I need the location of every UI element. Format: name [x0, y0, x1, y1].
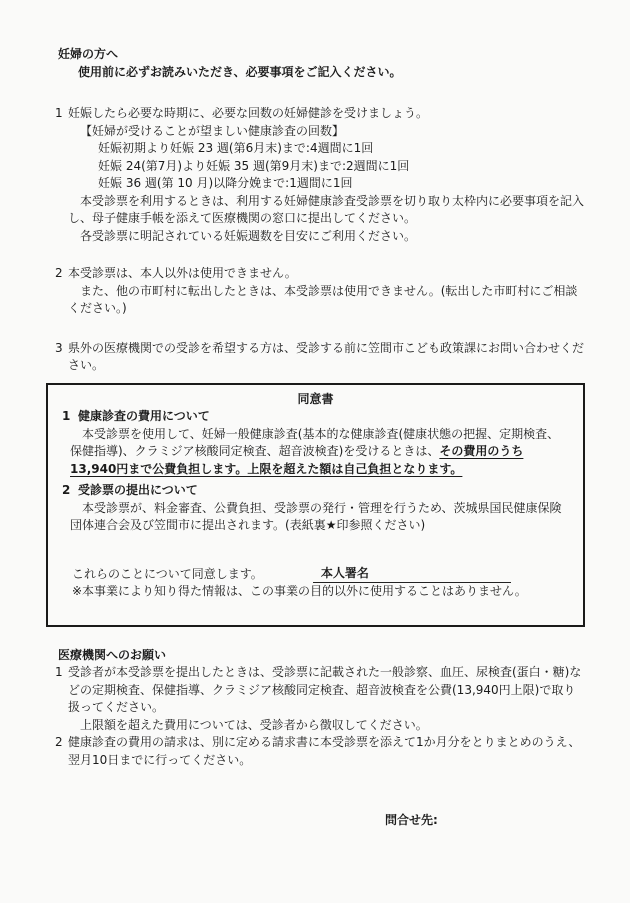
signature-line[interactable]: 本人署名 [313, 565, 511, 584]
medical-item-2: 2 健康診査の費用の請求は、別に定める請求書に本受診票を添えて1か月分をとりまと… [48, 734, 586, 769]
section-3: 3 県外の医療機関での受診を希望する方は、受診する前に笠間市こども政策課にお問い… [48, 340, 586, 375]
section-2: 2 本受診票は、本人以外は使用できません。 また、他の市町村に転出したときは、本… [48, 265, 586, 318]
medical-item-2-body-wrap: 健康診査の費用の請求は、別に定める請求書に本受診票を添えて1か月分をとりまとめの… [68, 734, 586, 769]
section-1: 1 妊娠したら必要な時期に、必要な回数の妊婦健診を受けましょう。 【妊婦が受ける… [48, 105, 586, 245]
medical-item-1-body-wrap: 受診者が本受診票を提出したときは、受診票に記載された一般診察、血圧、尿検査(蛋白… [68, 664, 586, 734]
section-2-line-1: 本受診票は、本人以外は使用できません。 [68, 265, 586, 283]
schedule-line-3: 妊娠 36 週(第 10 月)以降分娩まで:1週間に1回 [98, 175, 586, 193]
section-1-paragraph-2: 各受診票に明記されている妊娠週数を目安にご利用ください。 [68, 228, 586, 246]
document-page: 妊婦の方へ 使用前に必ずお読みいただき、必要事項をご記入ください。 1 妊娠した… [0, 0, 630, 903]
section-1-number: 1 [48, 105, 68, 123]
schedule-line-1: 妊娠初期より妊娠 23 週(第6月末)まで:4週間に1回 [98, 140, 586, 158]
section-2-body: 本受診票は、本人以外は使用できません。 また、他の市町村に転出したときは、本受診… [68, 265, 586, 318]
section-1-paragraph-1: 本受診票を利用するときは、利用する妊婦健康診査受診票を切り取り太枠内に必要事項を… [68, 193, 586, 228]
medical-item-1: 1 受診者が本受診票を提出したときは、受診票に記載された一般診察、血圧、尿検査(… [48, 664, 586, 734]
medical-item-2-body: 健康診査の費用の請求は、別に定める請求書に本受診票を添えて1か月分をとりまとめの… [68, 734, 586, 769]
section-1-body: 妊娠したら必要な時期に、必要な回数の妊婦健診を受けましょう。 【妊婦が受けること… [68, 105, 586, 245]
section-2-line-2: また、他の市町村に転出したときは、本受診票は使用できません。(転出した市町村にご… [68, 283, 586, 318]
schedule-line-2: 妊娠 24(第7月)より妊娠 35 週(第9月末)まで:2週間に1回 [98, 158, 586, 176]
section-3-text: 県外の医療機関での受診を希望する方は、受診する前に笠間市こども政策課にお問い合わ… [68, 340, 586, 375]
doc-subtitle: 使用前に必ずお読みいただき、必要事項をご記入ください。 [78, 64, 586, 82]
section-1-lead: 妊娠したら必要な時期に、必要な回数の妊婦健診を受けましょう。 [68, 105, 586, 123]
consent-box: 同意書 1 健康診査の費用について 本受診票を使用して、妊婦一般健康診査(基本的… [46, 383, 585, 627]
agree-text: これらのことについて同意します。 [72, 566, 263, 584]
signature-label: 本人署名 [321, 566, 369, 580]
consent-item-2-number: 2 [60, 482, 78, 500]
medical-item-2-number: 2 [48, 734, 68, 752]
doc-title: 妊婦の方へ [58, 46, 586, 64]
medical-section: 医療機関へのお願い 1 受診者が本受診票を提出したときは、受診票に記載された一般… [48, 647, 586, 770]
privacy-note: ※本事業により知り得た情報は、この事業の目的以外に使用することはありません。 [72, 583, 571, 601]
agreement-row: これらのことについて同意します。 本人署名 [72, 565, 571, 584]
contact-label: 問合せ先: [385, 812, 586, 830]
consent-item-1-number: 1 [60, 408, 78, 426]
medical-item-1-number: 1 [48, 664, 68, 682]
medical-item-1-sub: 上限額を超えた費用については、受診者から徴収してください。 [68, 717, 586, 735]
schedule-heading: 【妊婦が受けることが望ましい健康診査の回数】 [80, 123, 586, 141]
section-3-number: 3 [48, 340, 68, 358]
medical-item-1-body: 受診者が本受診票を提出したときは、受診票に記載された一般診察、血圧、尿検査(蛋白… [68, 664, 586, 717]
consent-item-1-body: 本受診票を使用して、妊婦一般健康診査(基本的な健康診査(健康状態の把握、定期検査… [70, 426, 569, 479]
consent-item-1-heading-text: 健康診査の費用について [78, 408, 210, 426]
consent-box-title: 同意書 [60, 391, 571, 409]
consent-item-2-heading-text: 受診票の提出について [78, 482, 198, 500]
consent-item-2-body: 本受診票が、料金審査、公費負担、受診票の発行・管理を行うため、茨城県国民健康保険… [70, 500, 569, 535]
consent-item-2-heading: 2 受診票の提出について [60, 482, 571, 500]
section-3-body: 県外の医療機関での受診を希望する方は、受診する前に笠間市こども政策課にお問い合わ… [68, 340, 586, 375]
medical-section-heading: 医療機関へのお願い [58, 647, 586, 665]
section-2-number: 2 [48, 265, 68, 283]
consent-item-1-heading: 1 健康診査の費用について [60, 408, 571, 426]
